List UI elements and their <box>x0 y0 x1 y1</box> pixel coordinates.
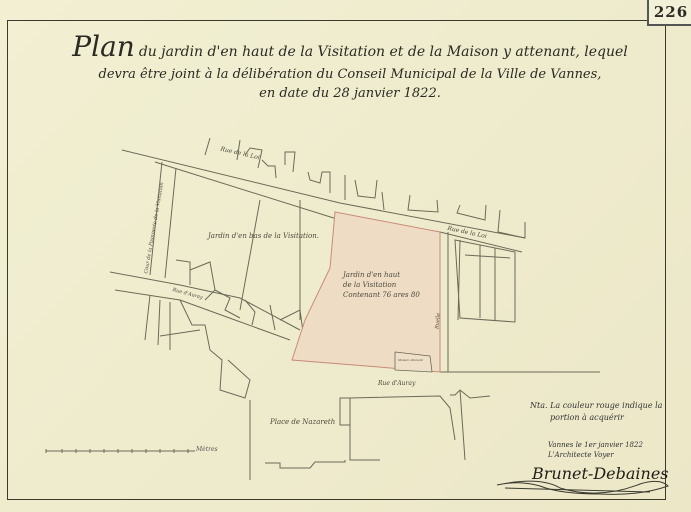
label-maison: Maison attenant <box>398 358 423 362</box>
label-place-nazareth: Place de Nazareth <box>270 418 335 426</box>
jardin-haut-owner: de la Visitation <box>343 280 420 290</box>
attestation-role: L'Architecte Voyer <box>548 450 643 460</box>
attestation-place-date: Vannes le 1er janvier 1822 <box>548 440 643 450</box>
scale-bar <box>46 449 195 453</box>
label-jardin-haut: Jardin d'en haut de la Visitation Conten… <box>343 270 420 300</box>
signature: Brunet-Debaines <box>532 464 669 483</box>
legend-note-line-2: portion à acquérir <box>530 412 662 424</box>
attestation: Vannes le 1er janvier 1822 L'Architecte … <box>548 440 643 460</box>
legend-note: Nta. La couleur rouge indique la portion… <box>530 400 662 424</box>
jardin-haut-area: Contenant 76 ares 80 <box>343 290 420 300</box>
jardin-haut-name: Jardin d'en haut <box>343 270 420 280</box>
map-sheet: 226 Plandu jardin d'en haut de la Visita… <box>0 0 691 512</box>
plan-drawing <box>0 0 691 512</box>
legend-note-line-1: Nta. La couleur rouge indique la <box>530 400 662 412</box>
scale-unit: Mètres <box>196 446 218 453</box>
label-jardin-bas: Jardin d'en bas de la Visitation. <box>208 232 319 240</box>
signature-flourish <box>497 481 668 494</box>
rue-de-la-loi-north-edge <box>122 150 525 238</box>
label-rue-auray-east: Rue d'Auray <box>378 380 415 387</box>
